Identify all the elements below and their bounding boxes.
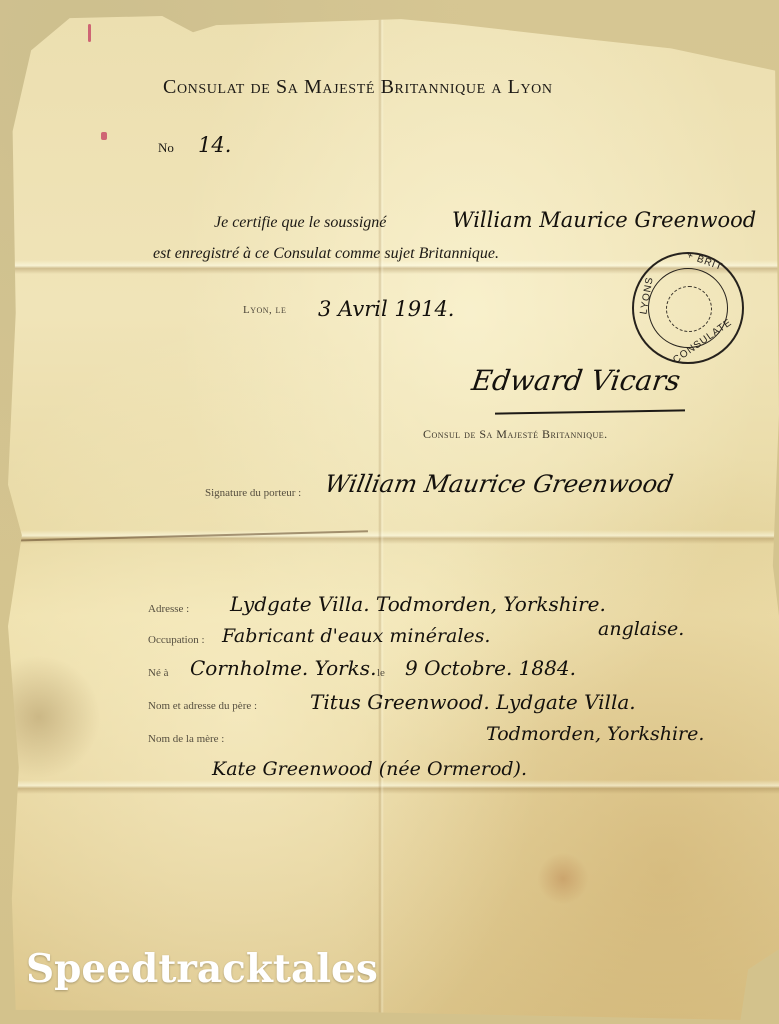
address-label: Adresse : <box>148 603 189 615</box>
ink-mark <box>101 132 107 140</box>
birthplace-value: Cornholme. Yorks. <box>190 656 376 680</box>
birthdate-value: 9 Octobre. 1884. <box>405 656 576 680</box>
consul-title: Consul de Sa Majesté Britannique. <box>423 427 608 442</box>
holder-name: William Maurice Greenwood <box>452 208 756 232</box>
mother-value: Kate Greenwood (née Ormerod). <box>212 758 527 780</box>
fold-crease <box>378 10 384 1020</box>
fold-crease <box>8 780 779 794</box>
occupation-value: Fabricant d'eaux minérales. <box>222 625 490 647</box>
birthplace-label: Né à <box>148 667 168 679</box>
address-value: Lydgate Villa. Todmorden, Yorkshire. <box>230 592 606 616</box>
issue-date: 3 Avril 1914. <box>318 297 454 321</box>
ink-mark <box>88 24 91 42</box>
mother-label: Nom de la mère : <box>148 733 224 745</box>
father-value: Titus Greenwood. Lydgate Villa. <box>310 690 636 714</box>
certificate-number: 14. <box>198 133 231 157</box>
father-label: Nom et adresse du père : <box>148 700 257 712</box>
royal-crest-icon <box>666 286 712 332</box>
consul-signature: Edward Vicars <box>470 364 683 397</box>
certify-text: Je certifie que le soussigné <box>214 214 386 232</box>
consular-certificate <box>8 10 779 1020</box>
registered-text: est enregistré à ce Consulat comme sujet… <box>153 245 499 263</box>
consulate-stamp: + BRIT CONSULATE LYONS <box>632 252 744 364</box>
consulate-header: Consulat de Sa Majesté Britannique a Lyo… <box>163 76 553 99</box>
father-address-line2: Todmorden, Yorkshire. <box>486 723 704 745</box>
bearer-signature-label: Signature du porteur : <box>205 487 301 499</box>
occupation-label: Occupation : <box>148 634 205 646</box>
birthdate-label: le <box>377 667 385 679</box>
speedtracktales-watermark: Speedtracktales <box>26 946 378 992</box>
number-label: No <box>158 140 174 156</box>
place-label: Lyon, le <box>243 304 286 316</box>
occupation-extra: anglaise. <box>598 618 684 640</box>
bearer-signature: William Maurice Greenwood <box>323 470 676 498</box>
